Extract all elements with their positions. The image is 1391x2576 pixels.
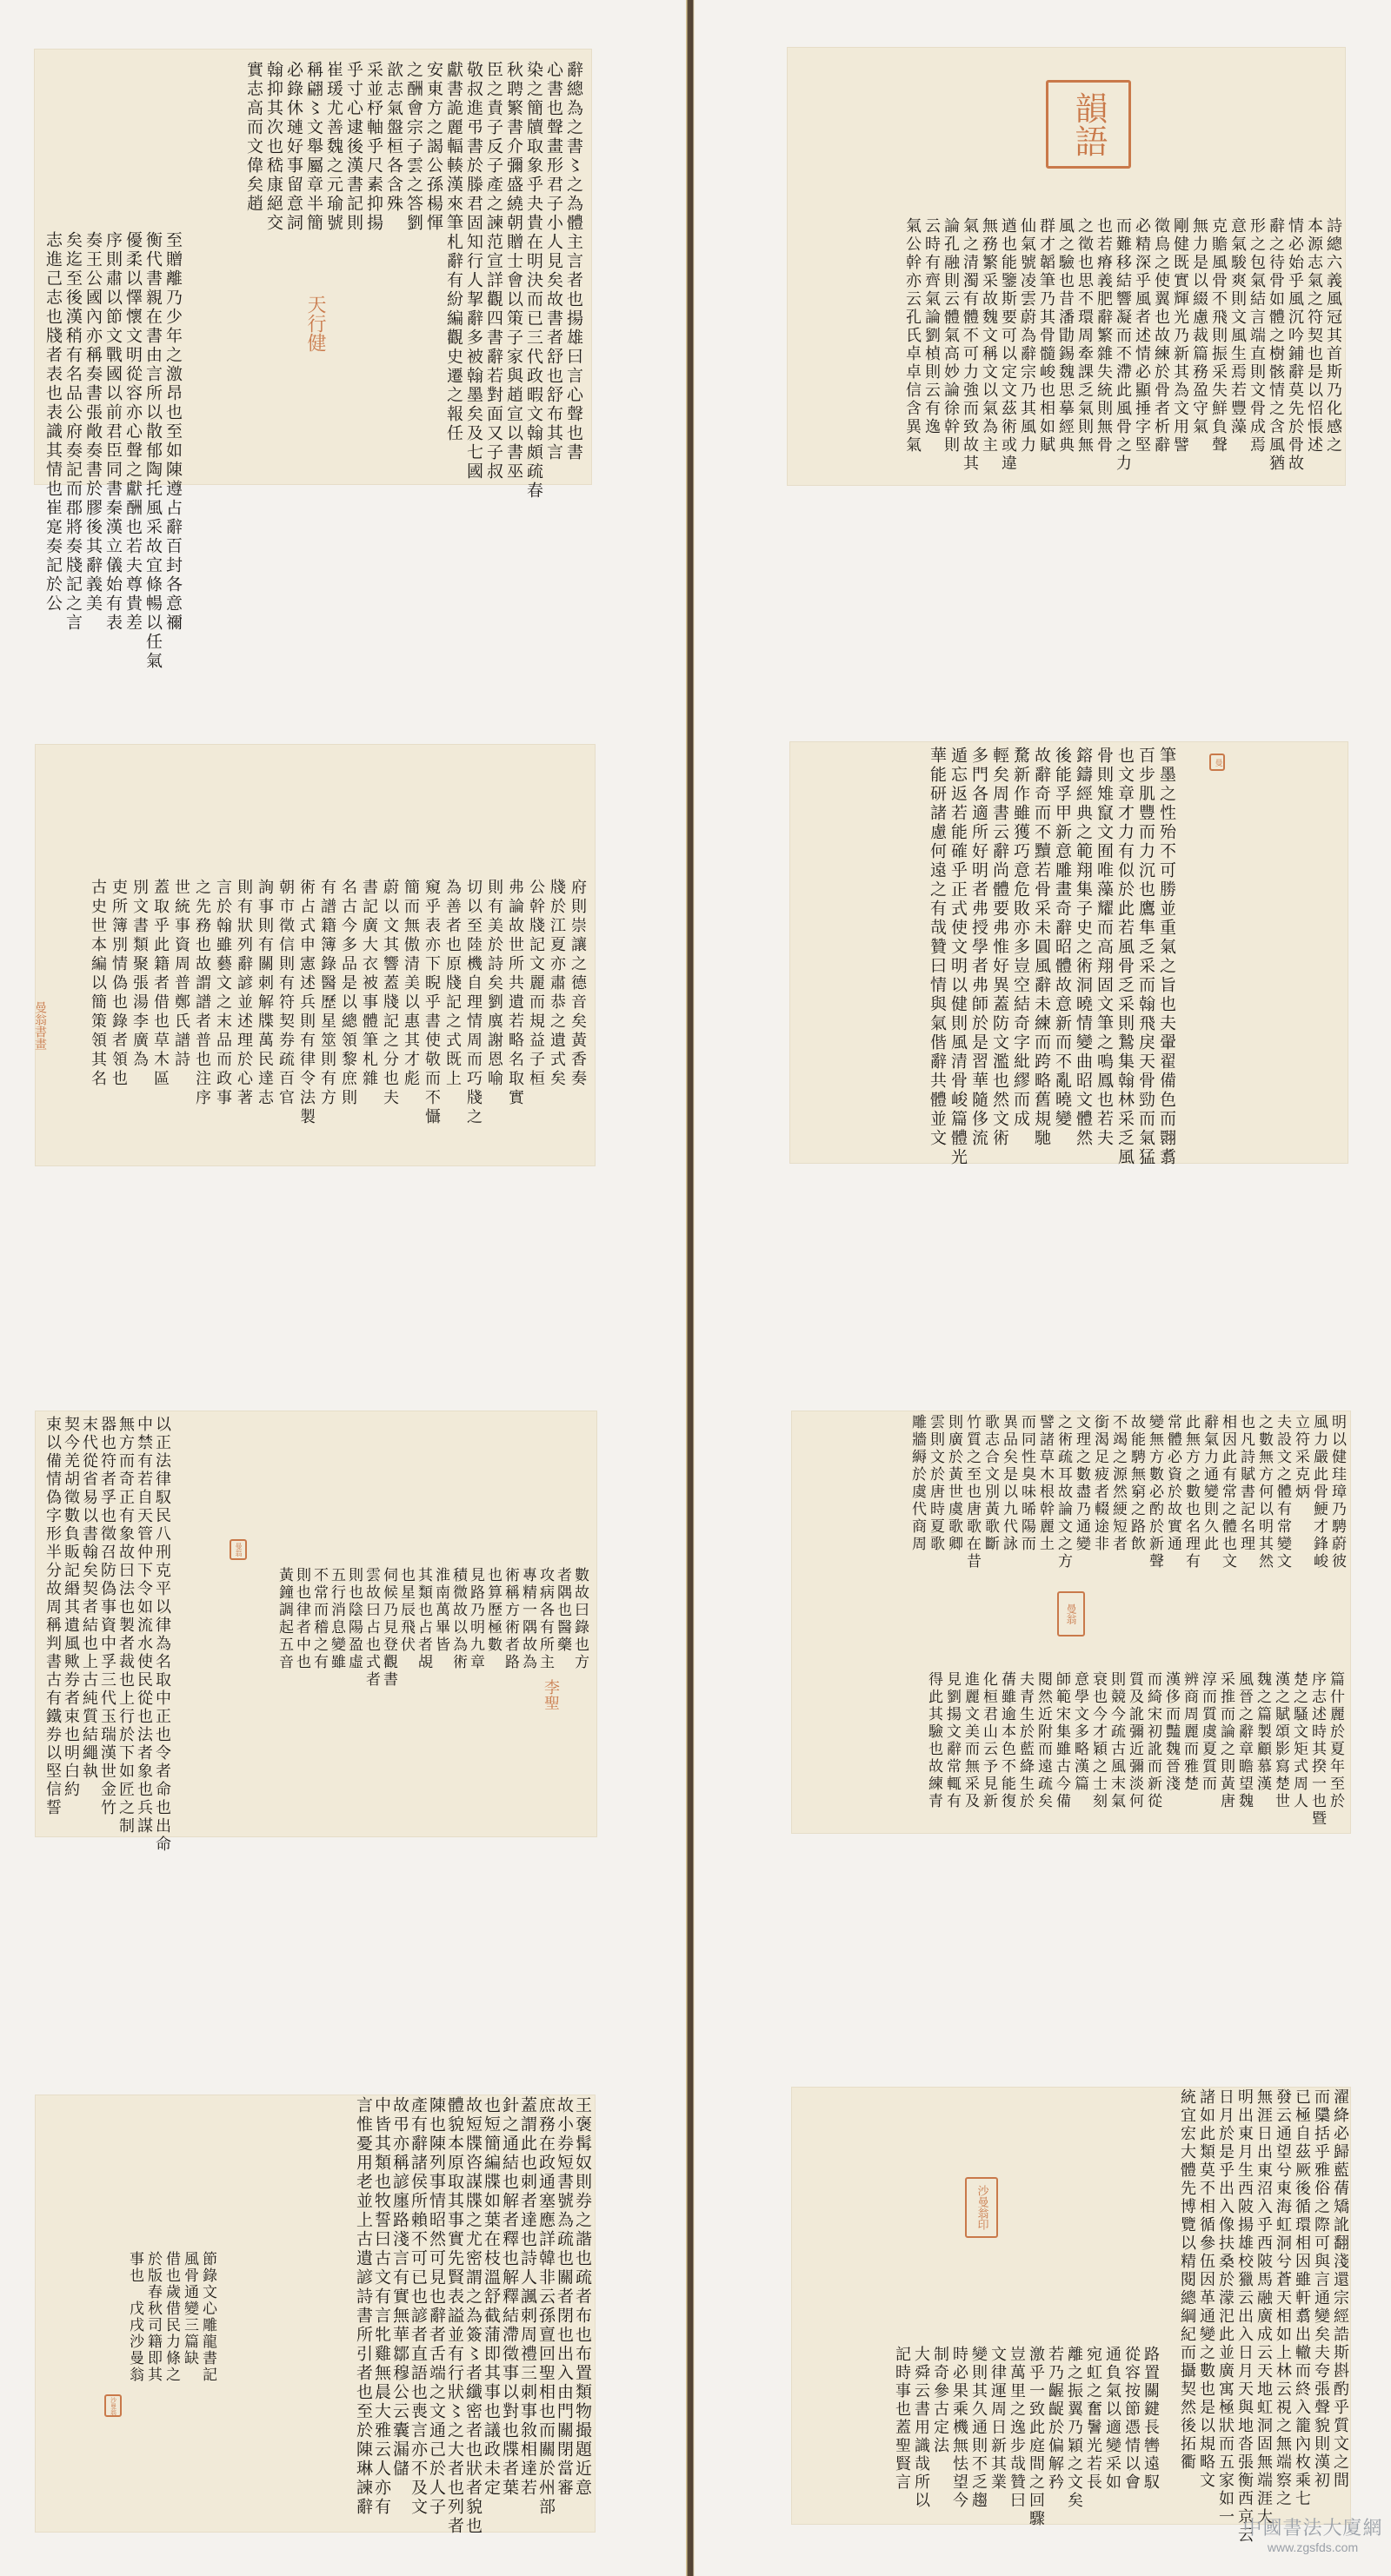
text-column: 奏王公國內亦稱奏書張敞奏書於膠後其辭義美 xyxy=(84,231,101,671)
text-column: 陳也陳列事情昭然可見也辭者舌端之文通己於人子 xyxy=(428,2096,444,2536)
text-column: 器也符者孚也徵召防偽事資中孚三代玉瑞漢世金竹 xyxy=(99,1416,115,1854)
text-column: 制奇參古定法 xyxy=(932,2346,948,2528)
text-column: 術占式申憲述兵則有律令法製 xyxy=(298,879,314,1127)
text-column: 也若瘠義肥辭繁雜失統則無骨 xyxy=(1095,217,1111,473)
text-column: 庶務在政通塞應詳韓非云孫亶回聖相也而關於州部 xyxy=(537,2096,554,2536)
text-column: 不竭之源然綆短者 xyxy=(1110,1414,1125,1570)
text-column: 產有辭諸侯所賴不可已也諺者直語也喪言亦不及文 xyxy=(409,2096,426,2536)
right-panel-2: 筆墨之性殆不可勝並重氣之旨也夫翬翟備色而翾翥百步肌豐而力沉也鷹隼乏采而翰飛戾天骨… xyxy=(789,741,1348,1164)
right-panel-4-text-top: 濯絳必歸藍蒨矯訛翻淺還宗經誥斯斟酌乎質文之間而櫽括乎雅俗之際可與言通變矣夫夸張聲… xyxy=(1175,2088,1348,2545)
text-column: 竹質之至也唐歌在昔 xyxy=(964,1414,979,1570)
left-panel-3-text-right: 數故曰錄也方者隅也醫藥攻病各有所主專精一隅故為術稱方術者路也算歷極數見路乃明九章… xyxy=(274,1567,587,1689)
text-column: 形之包氣結言端直則文骨成焉 xyxy=(1248,217,1264,473)
text-column: 諸如此類莫不相循參伍因革通變之數也是以規略文 xyxy=(1198,2088,1214,2545)
text-column: 秋聘繁書介彌盛繞朝贈士會以策子家與趙宣以書巫 xyxy=(505,61,522,501)
text-column: 楚之騷文矩式周人 xyxy=(1291,1671,1306,1828)
text-column: 從容按節憑情以會 xyxy=(1123,2346,1139,2528)
text-column: 風之驗也昔潘勖錫魏思摹經典 xyxy=(1057,217,1073,473)
text-column: 必錄休璉好事留意詞 xyxy=(285,61,302,501)
text-column: 則也律者中也 xyxy=(294,1567,309,1689)
text-column: 弗論故世所共遺若略名取實 xyxy=(507,879,522,1127)
text-column: 不常而稽之有 xyxy=(311,1567,326,1689)
text-column: 立符采克炳 xyxy=(1293,1414,1308,1570)
text-column: 異品矣是以九代詠 xyxy=(1001,1414,1015,1570)
watermark-url: www.zgsfds.com xyxy=(1239,2540,1387,2554)
text-column: 徵鳥之使翼也故練於骨者析辭 xyxy=(1153,217,1168,473)
text-column: 之徵也思不環周牽課乏氣則無 xyxy=(1076,217,1092,473)
text-column: 古史世本編以簡策領其名 xyxy=(90,879,105,1127)
seal-tianxingjian: 天行健 xyxy=(303,289,326,357)
text-column: 乎寸心逮後漢書記則 xyxy=(345,61,362,501)
text-column: 夫設文之體有常變文 xyxy=(1275,1414,1289,1570)
mount-divider xyxy=(686,0,695,2576)
watermark-chinese: 中國書法大廈網 xyxy=(1239,2513,1387,2540)
text-column: 雲故曰占也式者 xyxy=(363,1567,378,1689)
text-column: 變無方數必酌於新聲 xyxy=(1147,1414,1161,1570)
text-column: 剛健既實輝光乃新其為文用譬 xyxy=(1172,217,1188,473)
text-column: 采並杼軸乎尺素抑揚 xyxy=(365,61,382,501)
right-panel-1-text: 詩總六義風冠其首斯乃化感之本源志氣之符契也是以怊悵述情必始乎風沉吟鋪辭莫先於骨故… xyxy=(901,217,1341,473)
text-column: 鎔鑄經典之範翔集子史之術洞曉情變曲昭文體然 xyxy=(1075,747,1091,1167)
text-column: 至贈離乃少年之激昂也至如陳遵占辭百封各意禰 xyxy=(164,231,181,671)
text-column: 激乎一致此庭間之回驟 xyxy=(1028,2346,1043,2528)
text-column: 故短牒咨謀牒之尤密謂之為簽〻者纖密者也狀者貌也 xyxy=(464,2096,481,2536)
text-column: 情必始乎風沉吟鋪辭莫先於骨故 xyxy=(1287,217,1302,473)
text-column: 歆志氣盤桓各含殊 xyxy=(385,61,402,501)
text-column: 淳而質虞夏質而 xyxy=(1200,1671,1215,1828)
text-column: 公幹牋記文麗而規益子桓 xyxy=(528,879,543,1127)
right-panel-3: 明以健珪璋乃騁蔚彼風力嚴此骨鯁才鋒峻立符采克炳夫設文之體有常變文之數無方何以明其… xyxy=(791,1411,1351,1834)
text-column: 豈萬里之逸步哉贊曰 xyxy=(1008,2346,1024,2528)
text-column: 離之振翼乃穎之文矣 xyxy=(1066,2346,1082,2528)
text-column: 而櫽括乎雅俗之際可與言通變矣夫夸張聲貌則漢初 xyxy=(1313,2088,1328,2545)
text-column: 云時有齊氣論劉楨則云有逸 xyxy=(923,217,939,473)
text-column: 體貌本原取其事實先賢表謚並有行狀〻之大者也列者 xyxy=(446,2096,463,2536)
text-column: 臣之責子反子產之諫范宣詳觀四書辭若對面又子叔 xyxy=(485,61,502,501)
text-column: 故辭奇而不黷若骨采未圓風辭未練而跨略舊規馳 xyxy=(1033,747,1049,1167)
text-column: 辭氣力通變則久此 xyxy=(1201,1414,1216,1570)
text-column: 衰也今才穎之士刻 xyxy=(1090,1671,1105,1828)
text-column: 銜渴足疲者輟途非 xyxy=(1092,1414,1107,1570)
text-column: 氣公幹亦云孔氏卓卓信含異氣 xyxy=(904,217,920,473)
text-column: 也星辰飛伏 xyxy=(398,1567,413,1689)
left-panel-4-main-text: 王褒髯奴則券之諧也疏者布也布置類物撮題近意故小券短書號為疏也關者閉也出入由門關閉… xyxy=(353,2096,590,2536)
text-column: 仙氣號凌雲蔚為辭宗乃其風力 xyxy=(1019,217,1035,473)
text-column: 意學文多略漢篇 xyxy=(1072,1671,1087,1828)
text-column: 朝市徵信則有符契券疏百官 xyxy=(277,879,293,1127)
site-watermark: 中國書法大廈網 www.zgsfds.com xyxy=(1239,2513,1387,2554)
text-column: 通負氣以適變采如 xyxy=(1104,2346,1120,2528)
text-column: 雕牆縟於虞代商周 xyxy=(909,1414,924,1570)
text-column: 無務繁采故魏文稱文以氣為主 xyxy=(981,217,996,473)
text-column: 師範宋集雖古今備 xyxy=(1054,1671,1068,1828)
text-column: 明以健珪璋乃騁蔚彼 xyxy=(1329,1414,1344,1570)
text-column: 針之通結也解者釋也解釋結滯徵事以對也牒者葉 xyxy=(501,2096,517,2536)
text-column: 相因此有常之體也文 xyxy=(1220,1414,1235,1570)
text-column: 則有美於詩矣劉廙謝恩喻 xyxy=(486,879,502,1127)
left-panel-1-text-right: 辭總為之書〻之為體主言者也揚雄曰言心聲也書心書也聲畫形君子小人見矣故書者舒也舒布… xyxy=(242,61,582,501)
text-column: 故能騁無窮之路飲 xyxy=(1128,1414,1143,1570)
text-column: 崔瑗尤善魏之元瑜號 xyxy=(325,61,342,501)
text-column: 稱翩〻文舉屬章半簡 xyxy=(305,61,322,501)
text-column: 記時事也蓋聖賢言 xyxy=(894,2346,909,2528)
text-column: 譬諸草木根幹麗土 xyxy=(1037,1414,1052,1570)
text-column: 束以備情偽字形半分故周稱判書古有鐵券以堅信誓 xyxy=(44,1416,60,1854)
right-panel-3-text-bottom: 篇什麗於夏年至於序志述時其揆一也暨楚之騷文矩式周人漢之賦頌影寫楚世魏之篇製顧慕漢… xyxy=(922,1671,1342,1828)
text-column: 明出東月生西陂揚雄校獵云出入日月天與地沓張衡西京云 xyxy=(1236,2088,1252,2545)
text-column: 宛虹之奮鬐光若長 xyxy=(1085,2346,1101,2528)
text-column: 獻書詭麗輻輳漢來筆札辭有紛編觀史遷之報任 xyxy=(445,61,462,501)
text-column: 則有狀列辭諺並述理於心著 xyxy=(236,879,251,1127)
text-column: 而同性臭味晞陽而 xyxy=(1019,1414,1034,1570)
text-column: 文律運周日新其業 xyxy=(989,2346,1005,2528)
text-column: 中皆其類也牧誓曰古文有言牝雞無晨大雅云人亦有 xyxy=(373,2096,389,2536)
text-column: 騖新作雖獲巧意危敗亦多豈空結奇字紕繆而成 xyxy=(1012,747,1028,1167)
text-column: 見劉揚文辭常輒有 xyxy=(944,1671,959,1828)
seal-sha-manweng-yin: 沙曼翁印 xyxy=(965,2177,998,2238)
seal-sha-manweng: 沙曼翁 xyxy=(104,2394,122,2417)
colophon-text: 節錄文心雕龍書記風骨通變三篇缺借也歲借民力條之於版春秋司籍即其事也 戊戌沙曼翁 xyxy=(123,2251,215,2383)
left-panel-3: 以正法律馭民八刑克平以律為名取中正也令者命也出命中禁有若自天管仲下令如流水使民從… xyxy=(35,1411,597,1837)
text-column: 吏所簿別情偽也錄者領也 xyxy=(110,879,126,1127)
text-column: 序志述時其揆一也暨 xyxy=(1309,1671,1324,1828)
seal-small: 曼翁 xyxy=(230,1539,247,1560)
left-panel-1-text-left: 至贈離乃少年之激昂也至如陳遵占辭百封各意禰衡代書親在書由言所以散郁陶托風采故宜條… xyxy=(41,231,181,671)
text-column: 夫青生於藍絳生於 xyxy=(1017,1671,1032,1828)
text-column: 文理之數盡乃通變 xyxy=(1074,1414,1088,1570)
text-column: 進麗文美而無采及 xyxy=(962,1671,977,1828)
text-column: 風力嚴此骨鯁才鋒峻 xyxy=(1311,1414,1326,1570)
text-column: 克贍風骨不飛則振采失鮮負聲 xyxy=(1210,217,1226,473)
text-column: 王褒髯奴則券之諧也疏者布也布置類物撮題近意 xyxy=(574,2096,590,2536)
text-column: 辭總為之書〻之為體主言者也揚雄曰言心聲也書 xyxy=(565,61,582,501)
text-column: 故小券短書號為疏也關者閉也出入由門關閉當審 xyxy=(556,2096,572,2536)
text-column: 漢之賦頌影寫楚世 xyxy=(1273,1671,1288,1828)
text-column: 得此其驗也故練青 xyxy=(926,1671,941,1828)
text-column: 染之簡牘取象乎夬貴在明決而已三代政暇文翰頗疏春 xyxy=(525,61,542,501)
text-column: 契今羌胡徵數負販記緡其遺風歟券者束也明白約 xyxy=(63,1416,78,1854)
text-column: 氣之清濁有體不可力強而致故其 xyxy=(962,217,977,473)
text-column: 辨商周麗而雅楚 xyxy=(1181,1671,1196,1828)
text-column: 序則肅以節文戰國以前君臣同書秦漢立儀始有表 xyxy=(104,231,121,671)
text-column: 言惟憂用老並上古遺諺詩書所引者也至於陳琳諫辭 xyxy=(355,2096,371,2536)
text-column: 漢侈而豔魏晉淺 xyxy=(1163,1671,1178,1828)
text-column: 無力是以綴慮裁篇務盈守氣 xyxy=(1191,217,1207,473)
text-column: 窺乎表亦下睨乎書使敬而不懾 xyxy=(423,879,439,1127)
text-column: 數故曰錄也方 xyxy=(572,1567,587,1689)
text-column: 之術疏耳故論文之方 xyxy=(1055,1414,1070,1570)
seal-yunyu: 韻語 xyxy=(1046,80,1131,169)
text-column: 大舜云書用識哉所以 xyxy=(913,2346,928,2528)
text-column: 已極自茲厥後循環相因雖軒翥出轍而終入籠內枚乘七 xyxy=(1294,2088,1309,2545)
left-panel-2-text: 府則崇讓之德音矣黃香奏牋於江夏亦肅恭之遺式矣公幹牋記文麗而規益子桓弗論故世所共遺… xyxy=(84,879,585,1127)
right-panel-4-text-bottom: 路置關鍵長轡遠馭從容按節憑情以會通負氣以適變采如宛虹之奮鬐光若長離之振翼乃穎之文… xyxy=(890,2346,1158,2528)
text-column: 閱然近附而遠疏矣 xyxy=(1035,1671,1050,1828)
text-column: 也短簡編牒如葉在枝溫舒截蒲即其事也議政未定 xyxy=(483,2096,499,2536)
text-column: 安東方之謁公孫楊惲 xyxy=(425,61,442,501)
text-column: 五行消息變雖 xyxy=(329,1567,343,1689)
text-column: 常體必資於故實通 xyxy=(1165,1414,1180,1570)
text-column: 筆墨之性殆不可勝並重氣之旨也夫翬翟備色而翾翥 xyxy=(1158,747,1175,1167)
text-column: 遁忘返若能確乎正式使文明以健則風清骨峻篇體光 xyxy=(949,747,966,1167)
text-column: 統宜宏大體先博覽以精閱總綱紀而攝契然後拓衢 xyxy=(1179,2088,1195,2545)
text-column: 別文書類聚張湯李廣為 xyxy=(131,879,147,1127)
text-column: 於版春秋司籍即其 xyxy=(145,2251,160,2383)
text-column: 敬叔進弔書於滕君固知行人挈辭多被翰墨矣及七國 xyxy=(465,61,482,501)
text-column: 路置關鍵長轡遠馭 xyxy=(1142,2346,1158,2528)
text-column: 篇什麗於夏年至於 xyxy=(1328,1671,1342,1828)
text-column: 質及訛彌近彌淡何 xyxy=(1127,1671,1141,1828)
text-column: 本源志氣之符契也是以怊悵述 xyxy=(1306,217,1321,473)
text-column: 歌志合文別黃歌斷 xyxy=(982,1414,997,1570)
text-column: 詩總六義風冠其首斯乃化感之 xyxy=(1325,217,1341,473)
text-column: 為善者也原牋記之式既上 xyxy=(444,879,460,1127)
text-column: 發云通望兮東海虹洞兮蒼天相如上林云視之無端察之 xyxy=(1275,2088,1290,2545)
text-column: 必精深乎風者述情必顯捶字堅 xyxy=(1134,217,1149,473)
text-column: 則也陰陽盈虛 xyxy=(346,1567,361,1689)
text-column: 節錄文心雕龍書記 xyxy=(200,2251,215,2383)
text-column: 中禁有若自天管仲下令如流水使民從也法者象也兵謀 xyxy=(136,1416,151,1854)
text-column: 末代從省易以書翰矣契者結也上古純質結繩執 xyxy=(81,1416,97,1854)
text-column: 則廣於黃世虞歌卿 xyxy=(946,1414,961,1570)
text-column: 之數無方何以明其然 xyxy=(1256,1414,1271,1570)
text-column: 雲則文於唐時夏歌 xyxy=(928,1414,942,1570)
text-column: 其類也占者覘 xyxy=(416,1567,430,1689)
text-column: 實志高而文偉矣趙 xyxy=(245,61,262,501)
left-panel-4: 王褒髯奴則券之諧也疏者布也布置類物撮題近意故小券短書號為疏也關者閉也出入由門關閉… xyxy=(35,2095,596,2533)
right-panel-2-text: 筆墨之性殆不可勝並重氣之旨也夫翬翟備色而翾翥百步肌豐而力沉也鷹隼乏采而翰飛戾天骨… xyxy=(924,747,1175,1167)
text-column: 華能研諸慮何遠之有哉贊曰情與氣偕辭共體並文 xyxy=(928,747,945,1167)
text-column: 世統事資周普鄭氏譜詩 xyxy=(173,879,189,1127)
text-column: 見路乃明九章 xyxy=(468,1567,483,1689)
right-panel-4: 沙曼翁印 濯絳必歸藍蒨矯訛翻淺還宗經誥斯斟酌乎質文之間而櫽括乎雅俗之際可與言通變… xyxy=(791,2087,1351,2525)
text-column: 化桓君山云予見新 xyxy=(981,1671,995,1828)
text-column: 有譜籍簿錄醫歷星筮則有方 xyxy=(319,879,335,1127)
text-column: 後能孚甲新意雕畫奇辭昭體故意新而不亂曉變 xyxy=(1054,747,1070,1167)
text-column: 簡而無傲清美以惠其才彪 xyxy=(403,879,418,1127)
text-column: 輕矣周書云辭尚體要弗惟好異蓋防文濫也然文術 xyxy=(991,747,1008,1167)
text-column: 心書也聲畫形君子小人見矣故書者舒也舒布其言 xyxy=(545,61,562,501)
text-column: 變則其久通則不乏趨 xyxy=(970,2346,986,2528)
text-column: 翰抑其次也嵇康絕交 xyxy=(265,61,282,501)
text-column: 多門各適所好明者弗授學者弗師於是習華隨侈流 xyxy=(970,747,987,1167)
text-column: 風骨通變三篇缺 xyxy=(182,2251,196,2383)
text-column: 積微故以為術 xyxy=(450,1567,465,1689)
left-panel-3-text-left: 以正法律馭民八刑克平以律為名取中正也令者命也出命中禁有若自天管仲下令如流水使民從… xyxy=(42,1416,170,1854)
text-column: 伺候乃見登觀書 xyxy=(381,1567,396,1689)
text-column: 魏之篇製顧慕漢 xyxy=(1255,1671,1269,1828)
text-column: 辭之待骨如體之樹骸情之含風猶 xyxy=(1268,217,1283,473)
text-column: 之酬會宗子雲之答劉 xyxy=(405,61,422,501)
text-column: 論孔融則云體氣高妙論徐幹則 xyxy=(942,217,958,473)
left-panel-1: 辭總為之書〻之為體主言者也揚雄曰言心聲也書心書也聲畫形君子小人見矣故書者舒也舒布… xyxy=(34,49,592,485)
text-column: 風晉之辭章瞻望魏 xyxy=(1236,1671,1251,1828)
text-column: 無方而奇正有象故曰法也製者裁也上行於下如匠之制 xyxy=(117,1416,133,1854)
text-column: 蓋取乎此籍者借也草木區 xyxy=(152,879,168,1127)
text-column: 術稱方術者路 xyxy=(502,1567,517,1689)
text-column: 也凡詩賦書記名理 xyxy=(1238,1414,1253,1570)
text-column: 者隅也醫藥 xyxy=(555,1567,569,1689)
seal-man: 曼 xyxy=(1209,754,1225,771)
text-column: 時必果乘機無怯望今 xyxy=(951,2346,967,2528)
text-column: 意氣駿爽則文風生焉若豐藻 xyxy=(1229,217,1245,473)
text-column: 優柔以懌懷文明從容亦心聲之獻酬也若夫尊貴差 xyxy=(124,231,141,671)
text-column: 也文章才力有似於此若風骨乏采則鷙集翰林采乏風 xyxy=(1116,747,1133,1167)
text-column: 書記廣大衣被事體筆札雜 xyxy=(361,879,376,1127)
right-panel-3-text-top: 明以健珪璋乃騁蔚彼風力嚴此骨鯁才鋒峻立符采克炳夫設文之體有常變文之數無方何以明其… xyxy=(906,1414,1344,1570)
text-column: 專精一隅故為 xyxy=(520,1567,535,1689)
text-column: 黃鐘調起五音 xyxy=(276,1567,291,1689)
text-column: 言於翰雖藝文之末品而政事 xyxy=(215,879,230,1127)
text-column: 攻病各有所主 xyxy=(537,1567,552,1689)
text-column: 矣迄至後漢稍有名品公府奏記而郡將奏牋記之言 xyxy=(64,231,81,671)
seal-manweng-center: 曼翁 xyxy=(1057,1591,1085,1637)
text-column: 切以至陸機自理情周而巧牋之 xyxy=(465,879,481,1127)
text-column: 詢事則有關刺解牒萬民達志 xyxy=(256,879,272,1127)
text-column: 借也歲借民力條之 xyxy=(163,2251,178,2383)
text-column: 骨則雉竄文囿唯藻耀而高翔固文筆之鳴鳳也若夫 xyxy=(1095,747,1112,1167)
text-column: 此無方之數也名理有 xyxy=(1183,1414,1198,1570)
text-column: 淮南萬畢皆 xyxy=(433,1567,448,1689)
text-column: 遒也能鑒斯要可以定文茲術或違 xyxy=(1000,217,1015,473)
text-column: 百步肌豐而力沉也鷹隼乏采而翰飛戾天骨勁而氣猛 xyxy=(1137,747,1154,1167)
text-column: 濯絳必歸藍蒨矯訛翻淺還宗經誥斯斟酌乎質文之間 xyxy=(1332,2088,1348,2545)
text-column: 蒨雖逾本色不能復 xyxy=(999,1671,1014,1828)
text-column: 也算歷極數 xyxy=(485,1567,500,1689)
text-column: 而難移結響凝而不滯此風骨之力 xyxy=(1115,217,1130,473)
seal-li-sheng: 李聖 xyxy=(541,1673,560,1716)
text-column: 衡代書親在書由言所以散郁陶托風采故宜條暢以任氣 xyxy=(144,231,161,671)
text-column: 群才韜筆乃其骨髓峻也相如賦 xyxy=(1038,217,1054,473)
seal-edge-half: 曼翁書畫 xyxy=(33,979,47,1072)
text-column: 名古今多品是以總領黎庶則 xyxy=(340,879,356,1127)
text-column: 蓋謂此也刺者達也詩人諷刺周禮三刺事敘相達若 xyxy=(519,2096,536,2536)
right-panel-1: 韻語 詩總六義風冠其首斯乃化感之本源志氣之符契也是以怊悵述情必始乎風沉吟鋪辭莫先… xyxy=(787,47,1346,486)
text-column: 牋於江夏亦肅恭之遺式矣 xyxy=(549,879,564,1127)
text-column: 事也 戊戌沙曼翁 xyxy=(127,2251,142,2383)
text-column: 以正法律馭民八刑克平以律為名取中正也令者命也出命 xyxy=(154,1416,170,1854)
text-column: 日月於是乎出入像扶桑於濛汜此並廣寓極狀而五家如一 xyxy=(1217,2088,1233,2545)
text-column: 采推而論之則黃唐 xyxy=(1218,1671,1233,1828)
text-column: 則競今疏古風末氣 xyxy=(1108,1671,1123,1828)
text-column: 志進己志也牋者表也表識其情也崔寔奏記於公 xyxy=(44,231,61,671)
text-column: 若乃齷齪於偏解矜 xyxy=(1047,2346,1062,2528)
text-column: 而綺宋初訛而新從 xyxy=(1145,1671,1160,1828)
text-column: 蔚以文其響蓋牋記之分也夫 xyxy=(382,879,397,1127)
text-column: 故弔亦稱諺廛路淺言有實無華鄒穆公云囊漏儲 xyxy=(391,2096,408,2536)
text-column: 之先務也故謂譜者普也注序 xyxy=(194,879,210,1127)
text-column: 府則崇讓之德音矣黃香奏 xyxy=(569,879,585,1127)
left-panel-2: 府則崇讓之德音矣黃香奏牋於江夏亦肅恭之遺式矣公幹牋記文麗而規益子桓弗論故世所共遺… xyxy=(35,744,596,1166)
text-column: 無涯日出東沼入乎西陂馬融廣成云天地虹洞固無端涯大 xyxy=(1255,2088,1271,2545)
